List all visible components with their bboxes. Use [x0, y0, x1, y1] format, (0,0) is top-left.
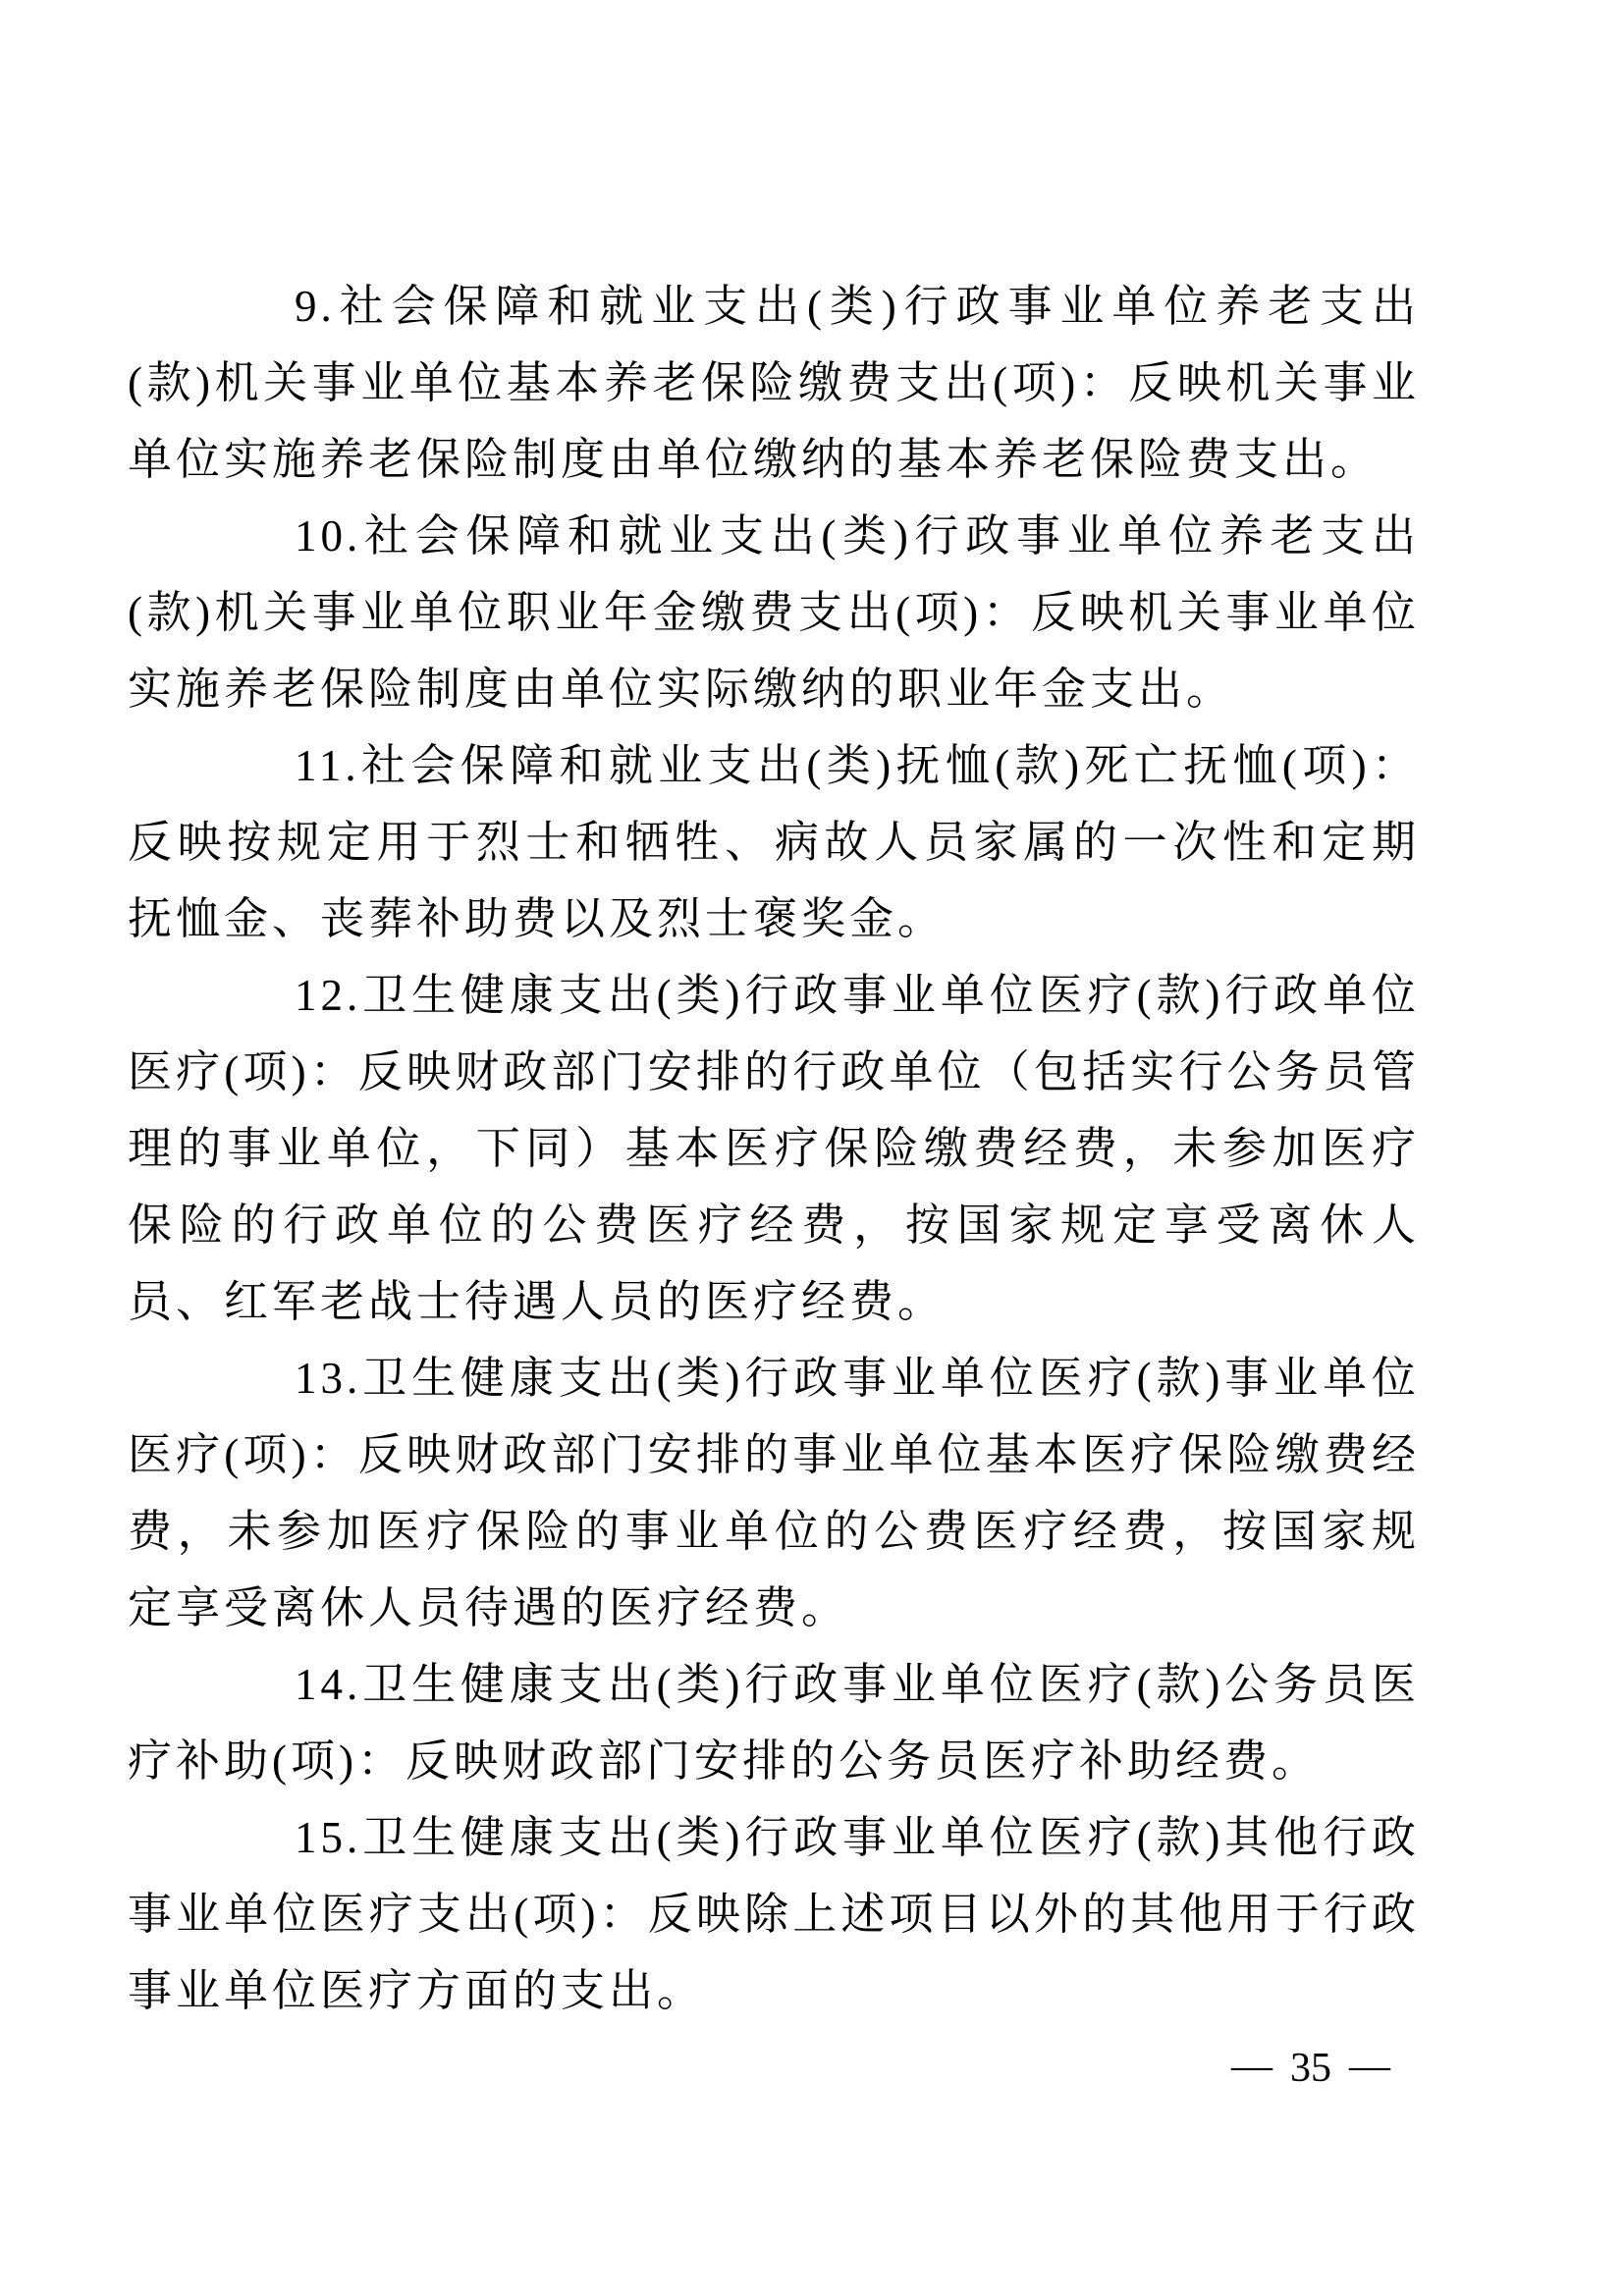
- page-footer: — 35 —: [1231, 2046, 1390, 2091]
- paragraph-item-12: 12.卫生健康支出(类)行政事业单位医疗(款)行政单位医疗(项)：反映财政部门安…: [128, 957, 1420, 1340]
- document-page: 9.社会保障和就业支出(类)行政事业单位养老支出(款)机关事业单位基本养老保险缴…: [0, 0, 1624, 2296]
- paragraph-item-10: 10.社会保障和就业支出(类)行政事业单位养老支出(款)机关事业单位职业年金缴费…: [128, 498, 1420, 727]
- paragraph-item-13: 13.卫生健康支出(类)行政事业单位医疗(款)事业单位医疗(项)：反映财政部门安…: [128, 1340, 1420, 1646]
- document-body: 9.社会保障和就业支出(类)行政事业单位养老支出(款)机关事业单位基本养老保险缴…: [128, 268, 1420, 2029]
- paragraph-item-9: 9.社会保障和就业支出(类)行政事业单位养老支出(款)机关事业单位基本养老保险缴…: [128, 268, 1420, 498]
- paragraph-item-14: 14.卫生健康支出(类)行政事业单位医疗(款)公务员医疗补助(项)：反映财政部门…: [128, 1646, 1420, 1799]
- footer-right-dash: —: [1349, 2044, 1390, 2089]
- footer-left-dash: —: [1231, 2044, 1272, 2089]
- page-number: 35: [1290, 2046, 1331, 2091]
- paragraph-item-15: 15.卫生健康支出(类)行政事业单位医疗(款)其他行政事业单位医疗支出(项)：反…: [128, 1799, 1420, 2029]
- paragraph-item-11: 11.社会保障和就业支出(类)抚恤(款)死亡抚恤(项)：反映按规定用于烈士和牺牲…: [128, 727, 1420, 957]
